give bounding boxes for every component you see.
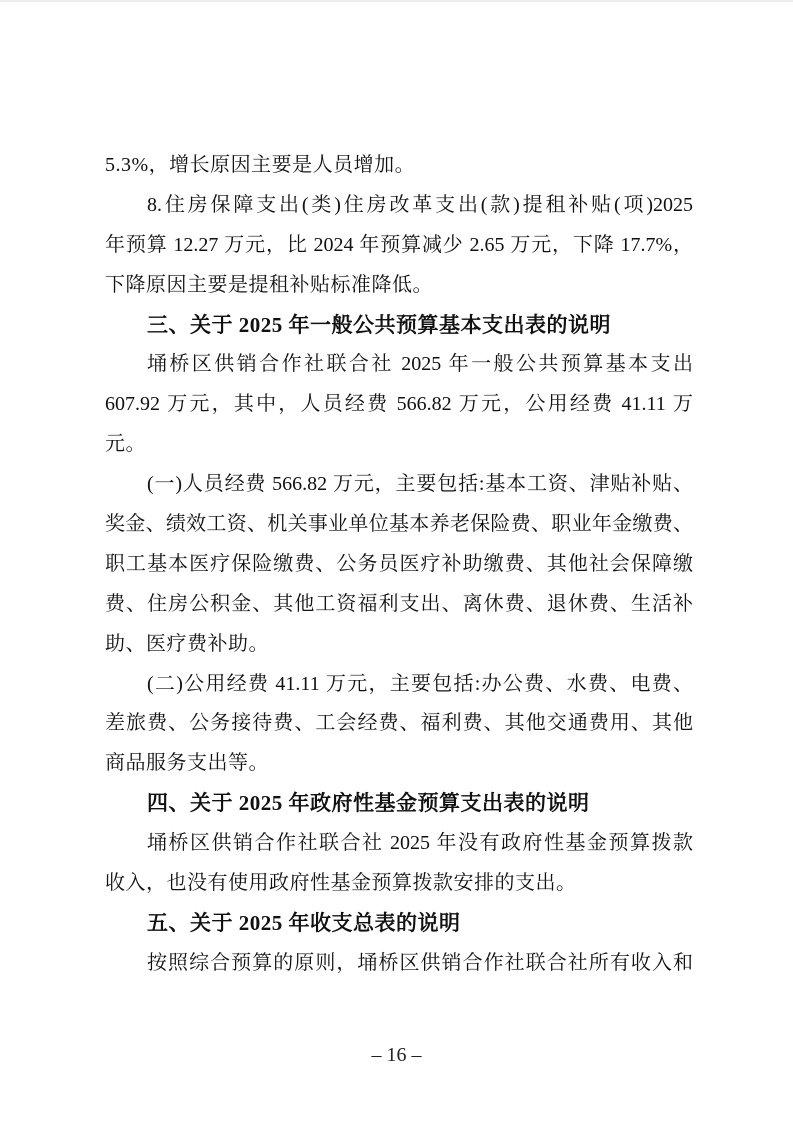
text-line: (一)人员经费 566.82 万元，主要包括:基本工资、津贴补贴、 — [105, 465, 693, 505]
text-line: 5.3%，增长原因主要是人员增加。 — [105, 146, 693, 186]
text-line: 职工基本医疗保险缴费、公务员医疗补助缴费、其他社会保障缴 — [105, 545, 693, 585]
document-page: { "page": { "background": "#ffffff", "te… — [0, 0, 793, 1122]
document-body: 5.3%，增长原因主要是人员增加。8.住房保障支出(类)住房改革支出(款)提租补… — [105, 146, 693, 984]
text-line: 8.住房保障支出(类)住房改革支出(款)提租补贴(项)2025 — [105, 186, 693, 226]
text-line: 年预算 12.27 万元，比 2024 年预算减少 2.65 万元，下降 17.… — [105, 226, 693, 266]
page-number: – 16 – — [372, 1044, 422, 1066]
text-line: 下降原因主要是提租补贴标准降低。 — [105, 266, 693, 306]
text-line: 607.92 万元，其中，人员经费 566.82 万元，公用经费 41.11 万 — [105, 385, 693, 425]
text-line: 商品服务支出等。 — [105, 744, 693, 784]
text-line: 差旅费、公务接待费、工会经费、福利费、其他交通费用、其他 — [105, 704, 693, 744]
text-line: 埇桥区供销合作社联合社 2025 年一般公共预算基本支出 — [105, 345, 693, 385]
text-line: 按照综合预算的原则，埇桥区供销合作社联合社所有收入和 — [105, 944, 693, 984]
text-line: 埇桥区供销合作社联合社 2025 年没有政府性基金预算拨款 — [105, 824, 693, 864]
section-heading: 五、关于 2025 年收支总表的说明 — [105, 904, 693, 944]
text-line: 费、住房公积金、其他工资福利支出、离休费、退休费、生活补 — [105, 585, 693, 625]
text-line: 元。 — [105, 425, 693, 465]
page-footer: – 16 – — [0, 1042, 793, 1068]
section-heading: 四、关于 2025 年政府性基金预算支出表的说明 — [105, 784, 693, 824]
text-line: 收入，也没有使用政府性基金预算拨款安排的支出。 — [105, 864, 693, 904]
text-line: (二)公用经费 41.11 万元，主要包括:办公费、水费、电费、 — [105, 665, 693, 705]
text-line: 奖金、绩效工资、机关事业单位基本养老保险费、职业年金缴费、 — [105, 505, 693, 545]
text-line: 助、医疗费补助。 — [105, 625, 693, 665]
section-heading: 三、关于 2025 年一般公共预算基本支出表的说明 — [105, 306, 693, 346]
